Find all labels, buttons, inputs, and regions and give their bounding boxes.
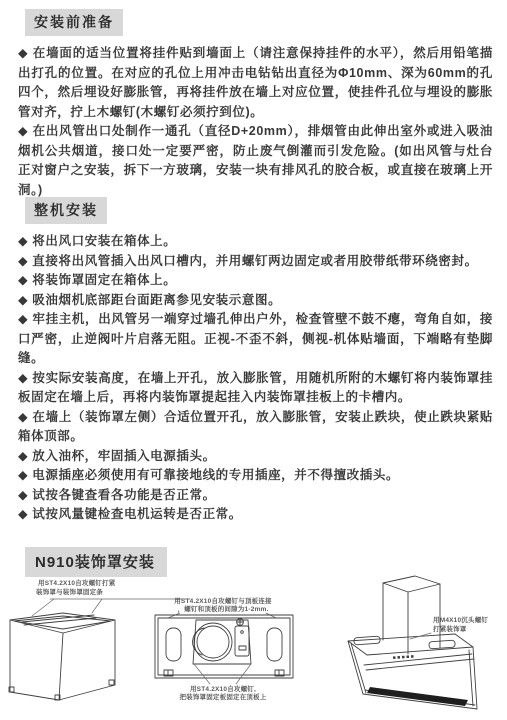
assembly-bullet-8: ◆ 放入油杯，牢固插入电源插头。 xyxy=(18,447,493,467)
topview-top-caption-line2: ，螺钉和顶板的间隙为1-2mm. xyxy=(178,604,269,614)
topview-top-caption-line1: 用ST4.2X10自攻螺钉与顶板连接 xyxy=(174,596,272,605)
section-title-n910: N910装饰罩安装 xyxy=(25,547,167,577)
hood-caption-line2: 打紧装饰罩 xyxy=(432,624,467,633)
assembly-bullet-9: ◆ 电源插座必须使用有可靠接地线的专用插座，并不得擅改插头。 xyxy=(18,466,493,486)
assembly-bullet-11: ◆ 试按风量键检查电机运转是否正常。 xyxy=(18,505,493,525)
assembly-bullet-6: ◆ 按实际安装高度，在墙上开孔，放入膨胀管，用随机所附的木螺钉将内装饰罩挂板固定… xyxy=(18,369,493,408)
section-title-prep: 安装前准备 xyxy=(25,9,123,36)
hood-chimney xyxy=(383,576,440,654)
topview-bottom-caption-line1: 用ST4.2X10自攻螺钉, xyxy=(190,684,256,693)
manual-page: 安装前准备 ◆ 在墙面的适当位置将挂件贴到墙面上（请注意保持挂件的水平），然后用… xyxy=(0,0,507,720)
diagram-top-view: 用ST4.2X10自攻螺钉与顶板连接 ，螺钉和顶板的间隙为1-2mm. xyxy=(152,594,297,706)
assembly-bullet-1: ◆ 将出风口安装在箱体上。 xyxy=(18,232,493,252)
prep-bullet-1: ◆ 在墙面的适当位置将挂件贴到墙面上（请注意保持挂件的水平），然后用铅笔描出打孔… xyxy=(18,44,493,122)
section-title-assembly: 整机安装 xyxy=(25,197,107,224)
assembly-bullet-3: ◆ 将装饰罩固定在箱体上。 xyxy=(18,271,493,291)
assembly-bullet-10: ◆ 试按各键查看各功能是否正常。 xyxy=(18,486,493,506)
diagram-hood-side: 用M4X10沉头螺钉 打紧装饰罩 xyxy=(330,568,507,720)
topview-leader-lines-top xyxy=(168,613,276,618)
section-assembly: 整机安装 ◆ 将出风口安装在箱体上。 ◆ 直接将出风管插入出风口槽内，并用螺钉两… xyxy=(0,197,507,525)
hood-top-plate xyxy=(348,634,473,655)
cover-caption-line2: 装饰罩与装饰罩固定条 xyxy=(36,587,103,596)
topview-drawing xyxy=(155,615,293,678)
assembly-bullet-2: ◆ 直接将出风管插入出风口槽内，并用螺钉两边固定或者用胶带纸带环绕密封。 xyxy=(18,252,493,272)
assembly-bullet-4: ◆ 吸油烟机底部距台面距离参见安装示意图。 xyxy=(18,291,493,311)
prep-bullet-2: ◆ 在出风管出口处制作一通孔（直径D+20mm），排烟管由此伸出室外或进入吸油烟… xyxy=(18,122,493,200)
topview-bottom-caption-line2: 把装饰罩固定板固定在顶板上 xyxy=(179,692,266,701)
hood-caption-line1: 用M4X10沉头螺钉 xyxy=(433,615,488,624)
cover-box-drawing xyxy=(9,613,115,700)
section-prep: 安装前准备 ◆ 在墙面的适当位置将挂件贴到墙面上（请注意保持挂件的水平），然后用… xyxy=(0,9,507,200)
cover-caption-line1: 用ST4.2X10自攻螺钉打紧 xyxy=(38,578,116,587)
assembly-bullet-5: ◆ 牢挂主机，出风管另一端穿过墙孔伸出户外，检查管壁不鼓不瘪，弯角自如，接口严密… xyxy=(18,310,493,369)
assembly-bullet-7: ◆ 在墙上（装饰罩左侧）合适位置开孔，放入膨胀管，安装止跌块，使止跌块紧贴箱体顶… xyxy=(18,408,493,447)
topview-leader-lines-bottom xyxy=(194,664,251,684)
